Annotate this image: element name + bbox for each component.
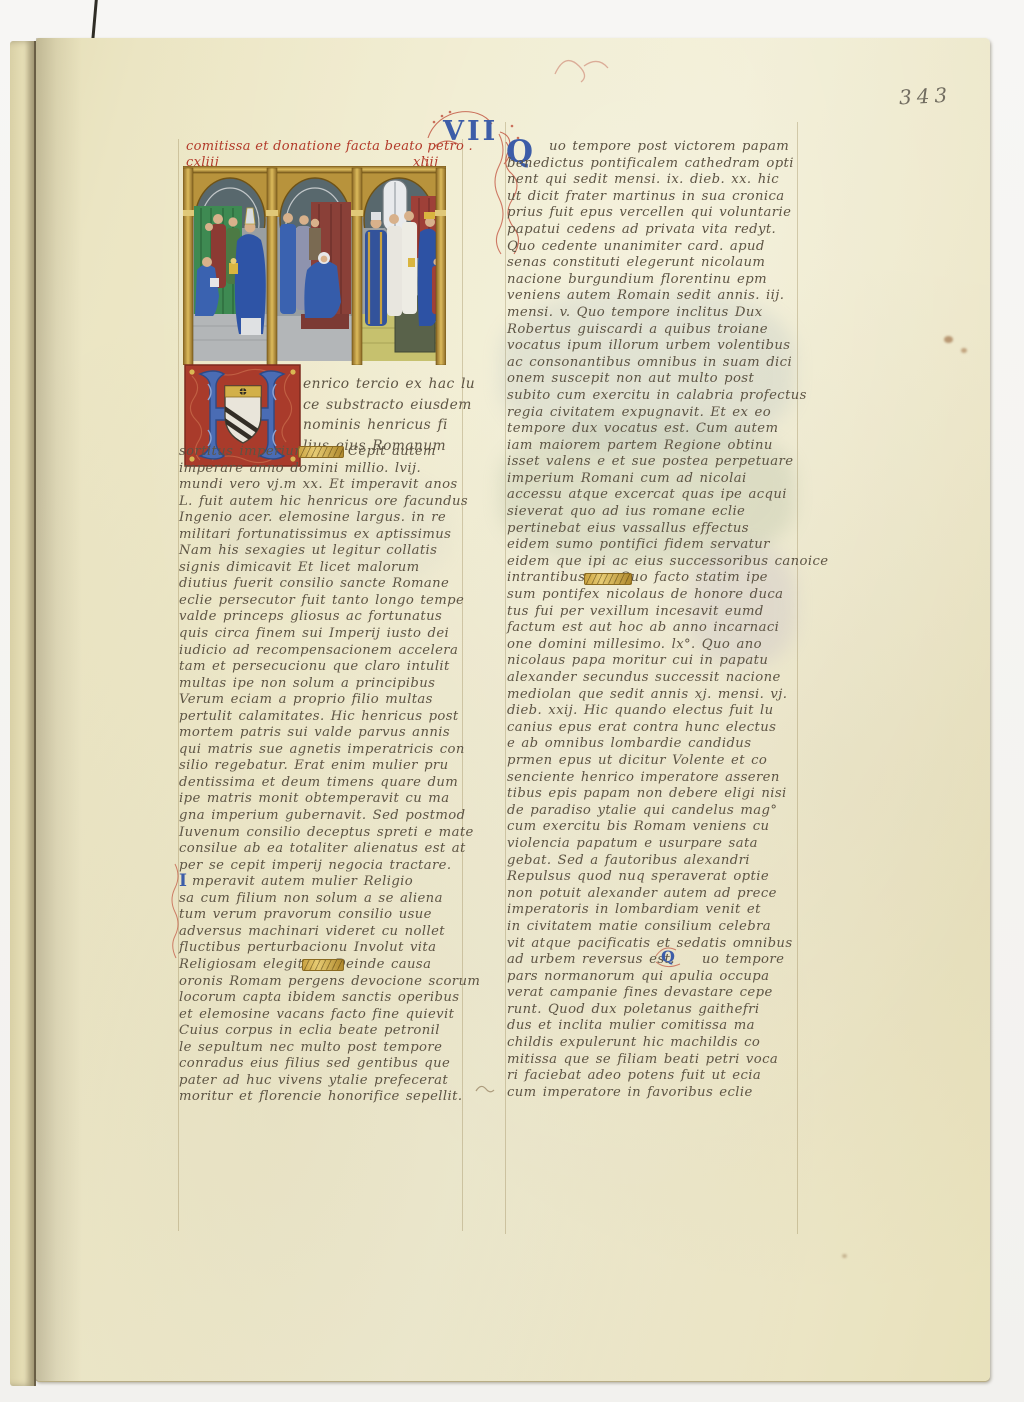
manuscript-text-line: ut dicit frater martinus in sua cronica — [507, 189, 829, 206]
manuscript-text-line: sieverat quo ad ius romane eclie — [507, 504, 829, 521]
manuscript-text-line: runt. Quod dux poletanus gaithefri — [507, 1002, 829, 1019]
manuscript-text-line: nent qui sedit mensi. ix. dieb. xx. hic — [507, 172, 829, 189]
manuscript-text-line: onem suscepit non aut multo post — [507, 371, 829, 388]
manuscript-text-line: Quo cedente unanimiter card. apud — [507, 239, 829, 256]
fox-spot — [944, 336, 953, 343]
manuscript-text-line: Verum eciam a proprio filio multas — [179, 692, 480, 709]
small-initial-q: Q — [661, 947, 675, 966]
manuscript-text-line: uo tempore post victorem papam — [507, 139, 829, 156]
manuscript-text-line: iam maiorem partem Regione obtinu — [507, 438, 829, 455]
manuscript-text-line: accessu atque excercat quas ipe acqui — [507, 487, 829, 504]
manuscript-text-line: mitissa que se filiam beati petri voca — [507, 1052, 829, 1069]
folio-number: 343 — [898, 83, 952, 110]
manuscript-text-line: gebat. Sed a fautoribus alexandri — [507, 853, 829, 870]
manuscript-text-line: violencia papatum e usurpare sata — [507, 836, 829, 853]
manuscript-text-line: in civitatem matie consilium celebra — [507, 919, 829, 936]
manuscript-text-line: childis expulerunt hic machildis co — [507, 1035, 829, 1052]
manuscript-text-line: imperare anno domini millio. lvij. — [179, 461, 480, 478]
manuscript-text-line: Nam his sexagies ut legitur collatis — [179, 543, 480, 560]
previous-folio-edge — [10, 41, 36, 1386]
manuscript-text-line: factum est aut hoc ab anno incarnaci — [507, 620, 829, 637]
manuscript-text-line: cum exercitu bis Romam veniens cu — [507, 819, 829, 836]
manuscript-text-line: imperatoris in lombardiam venit et — [507, 902, 829, 919]
manuscript-text-line: eidem sumo pontifici fidem servatur — [507, 537, 829, 554]
manuscript-text-line: isset valens e et sue postea perpetuare — [507, 454, 829, 471]
miniature-scene-funeral — [362, 171, 446, 361]
manuscript-text-line: valde princeps gliosus ac fortunatus — [179, 609, 480, 626]
manuscript-text-line: Cuius corpus in eclia beate petronil — [179, 1023, 480, 1040]
manuscript-text-line: Iuvenum consilio deceptus spreti e mate — [179, 825, 480, 842]
manuscript-text-line: multas ipe non solum a principibus — [179, 676, 480, 693]
manuscript-text-line: per se cepit imperij negocia tractare. — [179, 858, 480, 875]
manuscript-text-line: qui matris sue agnetis imperatricis con — [179, 742, 480, 759]
manuscript-text-line: militari fortunatissimus ex aptissimus — [179, 527, 480, 544]
manuscript-text-line: mperavit autem mulier Religio — [179, 874, 480, 891]
manuscript-text-line: oronis Romam pergens devocione scorum — [179, 974, 480, 991]
manuscript-text-line: prius fuit epus vercellen qui voluntarie — [507, 205, 829, 222]
manuscript-text-line: veniens autem Romain sedit annis. iij. — [507, 288, 829, 305]
manuscript-text-line: mensi. v. Quo tempore inclitus Dux — [507, 305, 829, 322]
manuscript-text-line: canius epus erat contra hunc electus — [507, 720, 829, 737]
small-initial-i: I — [179, 871, 187, 891]
manuscript-text-line: ri faciebat adeo potens fuit ut ecia — [507, 1068, 829, 1085]
manuscript-text-line: Robertus guiscardi a quibus troiane — [507, 322, 829, 339]
manuscript-text-line: dentissima et deum timens quare dum — [179, 775, 480, 792]
manuscript-text-line: senas constituti elegerunt nicolaum — [507, 255, 829, 272]
manuscript-photo: comitissa et donatione facta beato petro… — [0, 0, 1024, 1402]
pen-trial-mark — [550, 44, 620, 84]
manuscript-text-line: prmen epus ut dicitur Volente et co — [507, 753, 829, 770]
manuscript-text-line: dieb. xxij. Hic quando electus fuit lu — [507, 703, 829, 720]
manuscript-text-line: locorum capta ibidem sanctis operibus — [179, 990, 480, 1007]
manuscript-text-line: quis circa finem sui Imperij iusto dei — [179, 626, 480, 643]
fox-spot — [961, 348, 967, 353]
manuscript-text-line: tum verum pravorum consilio usue — [179, 907, 480, 924]
manuscript-text-line: fluctibus perturbacionu Involut vita — [179, 940, 480, 957]
manuscript-text-line: dus et inclita mulier comitissa ma — [507, 1018, 829, 1035]
manuscript-text-line: et elemosine vacans facto fine quievit — [179, 1007, 480, 1024]
manuscript-text-line: vocatus ipum illorum urbem volentibus — [507, 338, 829, 355]
manuscript-text-line: enrico tercio ex hac lu — [303, 374, 475, 395]
manuscript-text-line: consilue ab ea totaliter alienatus est a… — [179, 841, 480, 858]
gold-line-filler — [584, 573, 632, 585]
manuscript-text-line: de paradiso ytalie qui candelus mag° — [507, 803, 829, 820]
manuscript-text-line: ipe matris monit obtemperavit cu ma — [179, 791, 480, 808]
fox-spot — [842, 1254, 847, 1258]
manuscript-text-line: sa cum filium non solum a se aliena — [179, 891, 480, 908]
manuscript-text-line: subito cum exercitu in calabria profectu… — [507, 388, 829, 405]
miniature-scene-donation — [192, 171, 268, 361]
manuscript-text-line: benedictus pontificalem cathedram opti — [507, 156, 829, 173]
manuscript-text-line: papatui cedens ad privata vita redyt. — [507, 222, 829, 239]
manuscript-text-line: alexander secundus successit nacione — [507, 670, 829, 687]
manuscript-text-line: tam et persecucionu que claro intulit — [179, 659, 480, 676]
manuscript-text-line: eidem que ipi ac eius successoribus cano… — [507, 554, 829, 571]
manuscript-text-line: mundi vero vj.m xx. Et imperavit anos — [179, 477, 480, 494]
manuscript-text-line: tempore dux vocatus est. Cum autem — [507, 421, 829, 438]
manuscript-text-line: moritur et florencie honorifice sepellit… — [179, 1089, 480, 1106]
manuscript-text-line: imperium Romani cum ad nicolai — [507, 471, 829, 488]
manuscript-text-line: pertinebat eius vassallus effectus — [507, 521, 829, 538]
gold-line-filler — [298, 446, 344, 458]
manuscript-text-line: sum pontifex nicolaus de honore duca — [507, 587, 829, 604]
gold-line-filler — [302, 959, 344, 971]
manuscript-text-line: intrantibus Quo facto statim ipe — [507, 570, 829, 587]
manuscript-text-line: diutius fuerit consilio sancte Romane — [179, 576, 480, 593]
left-column-text: sortitus imperium Cepit autemimperare an… — [179, 444, 480, 1106]
manuscript-text-line: L. fuit autem hic henricus ore facundus — [179, 494, 480, 511]
marginal-pen-mark — [474, 1082, 496, 1096]
ruling-line — [505, 122, 506, 1234]
manuscript-text-line: nacione burgundium florentinu epm — [507, 272, 829, 289]
manuscript-text-line: mortem patris sui valde parvus annis — [179, 725, 480, 742]
manuscript-text-line: e ab omnibus lombardie candidus — [507, 736, 829, 753]
manuscript-text-line: nicolaus papa moritur cui in papatu — [507, 653, 829, 670]
manuscript-text-line: senciente henrico imperatore asseren — [507, 770, 829, 787]
manuscript-text-line: mediolan que sedit annis xj. mensi. vj. — [507, 687, 829, 704]
manuscript-text-line: gna imperium gubernavit. Sed postmod — [179, 808, 480, 825]
manuscript-text-line: tibus epis papam non debere eligi nisi — [507, 786, 829, 803]
manuscript-text-line: iudicio ad recompensacionem accelera — [179, 643, 480, 660]
manuscript-text-line: cum imperatore in favoribus eclie — [507, 1085, 829, 1102]
manuscript-text-line: pars normanorum qui apulia occupa — [507, 969, 829, 986]
manuscript-text-line: Repulsus quod nuq speraverat optie — [507, 869, 829, 886]
manuscript-text-line: ac consonantibus omnibus in suam dici — [507, 355, 829, 372]
manuscript-text-line: nominis henricus fi — [303, 415, 475, 436]
manuscript-text-line: le sepultum nec multo post tempore — [179, 1040, 480, 1057]
manuscript-text-line: ce substracto eiusdem — [303, 395, 475, 416]
miniature-triptych — [183, 166, 446, 365]
manuscript-text-line: pater ad huc vivens ytalie prefecerat — [179, 1073, 480, 1090]
manuscript-text-line: one domini millesimo. lx°. Quo ano — [507, 637, 829, 654]
manuscript-text-line: non potuit alexander autem ad prece — [507, 886, 829, 903]
manuscript-text-line: pertulit calamitates. Hic henricus post — [179, 709, 480, 726]
manuscript-text-line: signis dimicavit Et licet malorum — [179, 560, 480, 577]
manuscript-text-line: eclie persecutor fuit tanto longo tempe — [179, 593, 480, 610]
miniature-scene-kneeling — [277, 171, 353, 361]
manuscript-text-line: verat campanie fines devastare cepe — [507, 985, 829, 1002]
manuscript-text-line: adversus machinari videret cu nollet — [179, 924, 480, 941]
gutter-shadow — [36, 38, 82, 1381]
manuscript-text-line: regia civitatem expugnavit. Et ex eo — [507, 405, 829, 422]
manuscript-text-line: conradus eius filius sed gentibus que — [179, 1056, 480, 1073]
manuscript-text-line: silio regebatur. Erat enim mulier pru — [179, 758, 480, 775]
manuscript-text-line: Ingenio acer. elemosine largus. in re — [179, 510, 480, 527]
manuscript-text-line: tus fui per vexillum incesavit eumd — [507, 604, 829, 621]
